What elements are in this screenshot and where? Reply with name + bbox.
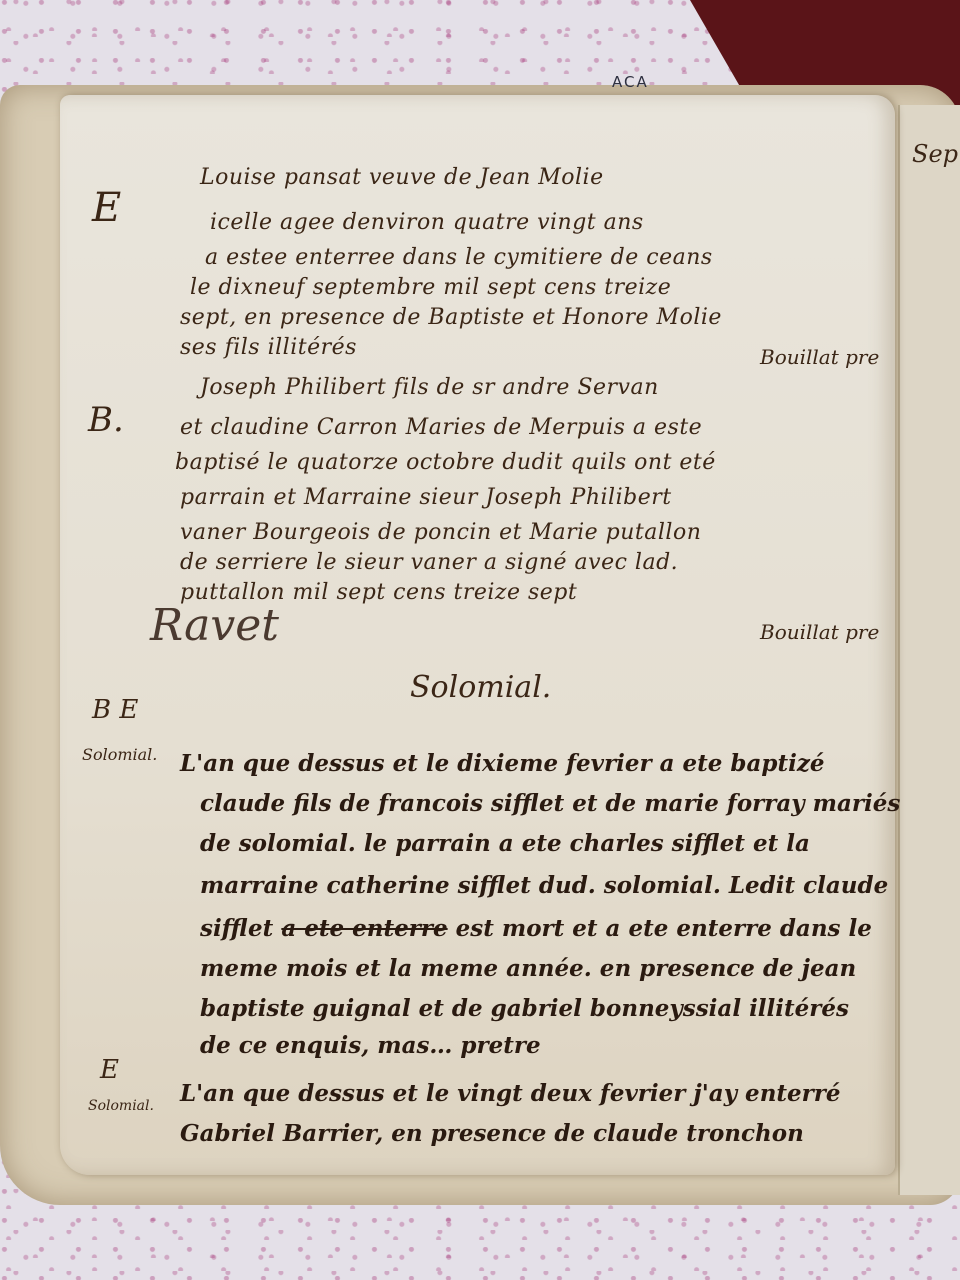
entry-line-with-correction: sifflet a ete enterre est mort et a ete … [200,915,872,942]
entry-line: de serriere le sieur vaner a signé avec … [180,550,678,575]
entry-line: ses fils illitérés [180,335,357,360]
margin-place: Solomial. [82,745,157,764]
facing-page [898,105,960,1195]
entry-line: le dixneuf septembre mil sept cens treiz… [190,275,671,300]
facing-page-fragment: Sep [912,140,958,168]
margin-letter: E [100,1055,119,1085]
entry-line: Gabriel Barrier, en presence de claude t… [180,1120,804,1147]
entry-line: Joseph Philibert fils de sr andre Servan [200,375,659,400]
margin-place: Solomial. [88,1098,154,1114]
margin-letter: E [92,185,121,231]
margin-letter: B. [88,400,124,440]
signature-ravet: Ravet [150,600,279,651]
entry-line: icelle agee denviron quatre vingt ans [210,210,644,235]
archive-stamp: ACA [612,73,649,91]
section-heading-solomial: Solomial. [410,670,551,705]
entry-line: L'an que dessus et le dixieme fevrier a … [180,750,825,777]
margin-letters: B E [92,695,138,725]
entry-line: et claudine Carron Maries de Merpuis a e… [180,415,702,440]
entry-line: baptisé le quatorze octobre dudit quils … [175,450,716,475]
entry-line: L'an que dessus et le vingt deux fevrier… [180,1080,841,1107]
entry-line: de solomial. le parrain a ete charles si… [200,830,810,857]
priest-signature: Bouillat pre [760,620,879,644]
entry-line: claude fils de francois sifflet et de ma… [200,790,900,817]
entry-line: baptiste guignal et de gabriel bonneyssi… [200,995,849,1022]
entry-line: Louise pansat veuve de Jean Molie [200,165,604,190]
entry-line: sept, en presence de Baptiste et Honore … [180,305,722,330]
entry-line: a estee enterree dans le cymitiere de ce… [205,245,713,270]
entry-line: marraine catherine sifflet dud. solomial… [200,872,888,899]
priest-signature: Bouillat pre [760,345,879,369]
entry-line: meme mois et la meme année. en presence … [200,955,856,982]
entry-text: sifflet [200,915,273,942]
struck-text: a ete enterre [281,915,447,942]
entry-text: est mort et a ete enterre dans le [456,915,872,942]
entry-line: parrain et Marraine sieur Joseph Philibe… [180,485,672,510]
entry-line: vaner Bourgeois de poncin et Marie putal… [180,520,701,545]
entry-line: de ce enquis, mas… pretre [200,1032,541,1059]
